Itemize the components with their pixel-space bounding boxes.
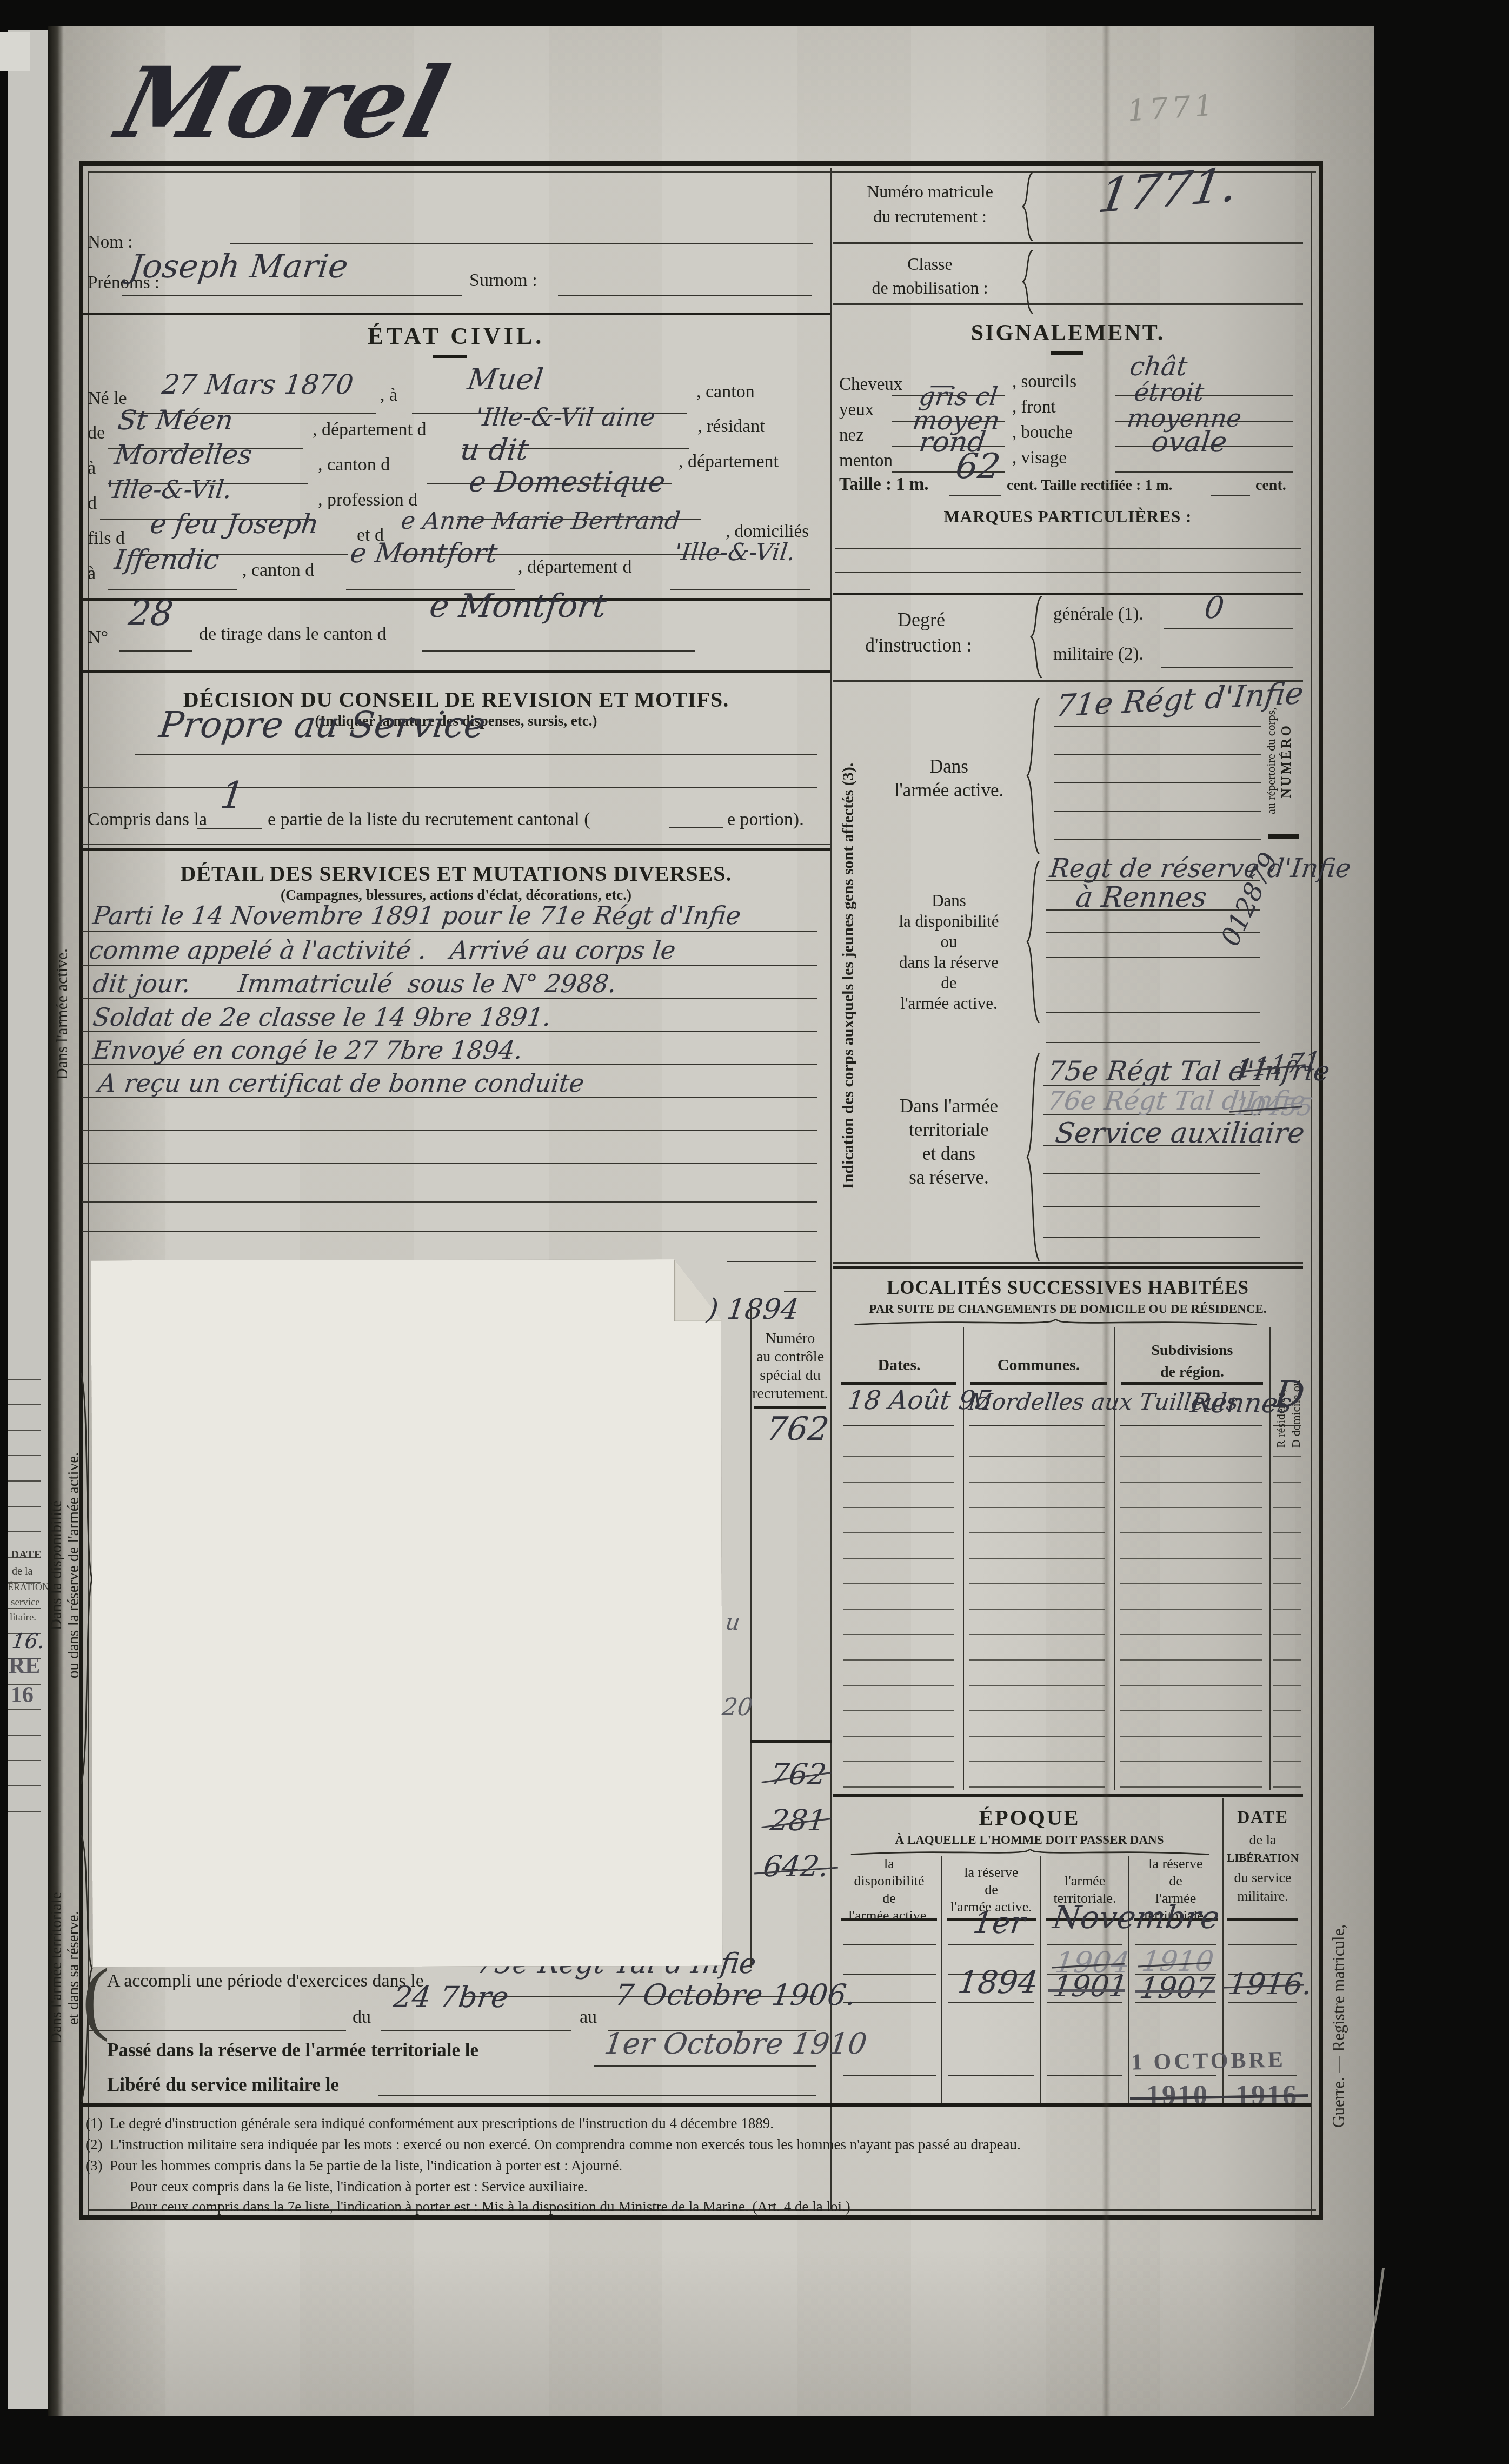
epoque-col3-header: l'armée — [1041, 1873, 1128, 1889]
controle-header: recrutement. — [752, 1385, 829, 1403]
epoque-date-header: de la — [1224, 1832, 1302, 1848]
mother-value: e Anne Marie Bertrand — [400, 507, 682, 535]
front-label: , front — [1012, 397, 1056, 417]
rule — [1046, 1012, 1260, 1013]
canton-value: St Méen — [116, 404, 235, 436]
territoriale-label: Dans l'armée — [876, 1095, 1022, 1117]
nom-label: Nom : — [88, 233, 132, 253]
degre-label-2: d'instruction : — [865, 634, 972, 656]
father-value: e feu Joseph — [148, 508, 320, 540]
guerre-registre-label: Guerre. — Registre matricule, — [1329, 1917, 1348, 2128]
dispo-label: Dans — [876, 891, 1022, 911]
decision-value: Propre au Service — [157, 704, 488, 746]
passe-reserve-label: Passé dans la réserve de l'armée territo… — [107, 2040, 478, 2061]
scanned-register-page: DATE de la ÉRATION service litaire. 16. … — [0, 0, 1509, 2464]
corps-brace — [1026, 1053, 1040, 1261]
rule — [1164, 628, 1293, 629]
visage-value: ovale — [1149, 426, 1228, 459]
parents-departement-value: 'Ille-&-Vil. — [673, 539, 797, 566]
cheveux-label: Cheveux — [839, 375, 902, 395]
departement-label: , département d — [313, 420, 427, 440]
rule — [1135, 2075, 1216, 2076]
column-divider — [830, 168, 832, 2211]
dispo-label: la disponibilité — [876, 912, 1022, 931]
controle-header: spécial du — [752, 1367, 829, 1384]
tirage-canton-value: e Montfort — [428, 587, 609, 625]
localites-title: LOCALITÉS SUCCESSIVES HABITÉES — [833, 1277, 1303, 1299]
service-line: Parti le 14 Novembre 1891 pour le 71e Ré… — [91, 901, 743, 930]
canton-label: , canton — [696, 382, 755, 402]
rule — [82, 1130, 817, 1131]
rule — [948, 1944, 1034, 1945]
epoque-date-header: DATE — [1224, 1807, 1302, 1827]
vertical-crease — [1102, 26, 1111, 2416]
strike-line — [1135, 1990, 1215, 1993]
rule — [1046, 957, 1260, 958]
parents-canton-value: e Montfort — [348, 537, 499, 569]
rule — [1228, 1944, 1297, 1945]
controle-header-rule — [754, 1406, 826, 1409]
localites-ornament — [846, 1318, 1265, 1326]
localites-row-lines — [843, 1432, 954, 1789]
compris-label-2: e partie de la liste du recrutement cant… — [268, 809, 590, 830]
parents-residence-value: Iffendic — [112, 544, 221, 575]
localites-dr-value: D — [1272, 1373, 1307, 1416]
rule — [1161, 667, 1293, 668]
rule — [594, 2065, 816, 2067]
canton-label: , canton d — [242, 560, 314, 581]
rule — [949, 495, 1001, 496]
margin-brace — [80, 1373, 93, 1784]
a-label: à — [88, 458, 96, 479]
canton-du-label: , canton d — [318, 455, 390, 475]
canton-du-value: u dit — [458, 433, 530, 467]
rule — [1046, 1042, 1260, 1043]
rule — [82, 965, 817, 966]
controle-header: au contrôle — [752, 1349, 829, 1366]
controle-section-rule — [750, 1740, 832, 1743]
epoque-struck-1907: 1907 — [1138, 1971, 1216, 2005]
bouche-label: , bouche — [1012, 423, 1073, 443]
rule — [948, 2075, 1034, 2076]
epoque-date-header: du service — [1224, 1870, 1302, 1886]
localites-col-communes: Communes. — [965, 1356, 1112, 1374]
au-value: 7 Octobre 1906. — [613, 1978, 857, 2012]
degre-label: Degré — [898, 608, 945, 631]
rule — [1228, 2075, 1297, 2076]
rule — [1211, 495, 1250, 496]
localites-col-dates: Dates. — [837, 1356, 961, 1374]
dispo-label: dans la réserve — [876, 953, 1022, 972]
rule — [381, 2030, 571, 2031]
margin-label-disponibilite: Dans la disponibilité — [48, 1376, 65, 1755]
taille-value: 62 — [953, 447, 1002, 487]
covered-year-fragment: ) 1894 — [705, 1293, 801, 1326]
rule — [378, 2095, 816, 2096]
epoque-1894-value: 1894 — [956, 1964, 1040, 2001]
epoque-struck-1901: 1901 — [1051, 1969, 1129, 2003]
departement-label: , département — [679, 451, 779, 472]
rule — [843, 1425, 954, 1426]
profession-value: e Domestique — [467, 466, 667, 499]
section-rule — [82, 313, 830, 315]
services-title: DÉTAIL DES SERVICES ET MUTATIONS DIVERSE… — [82, 861, 830, 886]
prev-fragment: de la — [12, 1565, 32, 1578]
epoque-title: ÉPOQUE — [837, 1805, 1222, 1830]
yeux-label: yeux — [839, 400, 874, 420]
prev-handwriting: 16. — [10, 1629, 46, 1653]
departement-label: , département d — [518, 557, 632, 577]
territoriale-label: territoriale — [876, 1119, 1022, 1141]
passe-reserve-value: 1er Octobre 1910 — [602, 2027, 869, 2061]
service-auxiliaire-value: Service auxiliaire — [1053, 1117, 1306, 1150]
rule — [835, 572, 1301, 573]
departement2-value: 'Ille-&-Vil. — [104, 475, 234, 504]
prev-fragment: DATE — [11, 1548, 42, 1562]
rule — [135, 754, 817, 755]
rule — [82, 1231, 817, 1232]
du-label: du — [353, 2007, 371, 2028]
de-label: de — [88, 423, 105, 443]
rule — [1047, 2075, 1122, 2076]
rule — [843, 1944, 936, 1945]
rule — [88, 2030, 346, 2031]
surnom-label: Surnom : — [469, 270, 537, 291]
margin-label-armee-active: Dans l'armée active. — [53, 912, 71, 1117]
epoque-col1-header: la — [837, 1856, 941, 1872]
compris-label: Compris dans la — [88, 809, 207, 830]
armee-active-label: Dans — [876, 756, 1022, 778]
rule — [558, 295, 812, 296]
rule — [122, 295, 462, 296]
rule — [1054, 754, 1261, 755]
rule — [669, 827, 723, 828]
rule — [82, 931, 817, 932]
degre-generale-label: générale (1). — [1053, 605, 1144, 625]
frame-bottom-thick — [79, 2215, 1323, 2220]
a-label: à — [88, 563, 96, 584]
struck-controle-number: 642. — [761, 1849, 830, 1883]
corps-brace — [1026, 861, 1040, 1023]
menton-label: menton — [839, 451, 893, 471]
strike-line — [1048, 1989, 1125, 1992]
service-line: Soldat de 2e classe le 14 9bre 1891. — [91, 1002, 553, 1032]
localites-header-rule — [970, 1382, 1107, 1385]
rule — [948, 2002, 1034, 2003]
service-line: A reçu un certificat de bonne conduite — [97, 1068, 586, 1098]
tirage-label: de tirage dans le canton d — [199, 624, 386, 645]
departement-value: 'Ille-&-Vil aine — [474, 402, 657, 431]
front-value: étroit — [1133, 377, 1206, 407]
footnote: (3) Pour les hommes compris dans la 5e p… — [85, 2157, 622, 2174]
du-value: 24 7bre — [391, 1980, 510, 2014]
epoque-col1-header: disponibilité — [837, 1873, 941, 1889]
rule — [119, 650, 192, 652]
localites-row-lines — [1120, 1432, 1262, 1789]
rule — [230, 243, 813, 244]
localites-row-lines — [1273, 1432, 1301, 1789]
controle-number: 762 — [765, 1410, 831, 1448]
signalement-title: SIGNALEMENT. — [833, 320, 1303, 346]
repertoire-tick — [1268, 834, 1299, 839]
dispo-label: ou — [876, 932, 1022, 952]
territoriale-label: sa réserve. — [876, 1167, 1022, 1188]
epoque-col1-header: de — [837, 1890, 941, 1907]
epoque-col2-header: de — [942, 1882, 1040, 1898]
epoque-novembre-value: Novembre — [1051, 1899, 1221, 1936]
localites-row-lines — [969, 1432, 1105, 1789]
libere-label: Libéré du service militaire le — [107, 2074, 339, 2096]
rule — [969, 1425, 1105, 1426]
epoque-top-rule — [833, 1794, 1303, 1797]
frame-right-thick — [1319, 161, 1323, 2220]
classe-label: Classe — [849, 254, 1011, 274]
title-ornament — [1051, 351, 1083, 355]
previous-page-edge: DATE de la ÉRATION service litaire. 16. … — [8, 30, 48, 2409]
prev-fragment: ÉRATION — [8, 1582, 48, 1593]
localites-header-rule — [841, 1382, 956, 1385]
accompli-label: A accompli une période d'exercices dans … — [107, 1971, 424, 1991]
d-label: d — [88, 493, 97, 514]
covered-stroke-fragment: 20 — [721, 1693, 754, 1721]
epoque-1er-value: 1er — [971, 1905, 1027, 1941]
rule — [1228, 2002, 1297, 2003]
rule — [1043, 1237, 1260, 1238]
rule — [197, 828, 262, 829]
epoque-col4-header: de — [1129, 1873, 1222, 1889]
rule — [1120, 1425, 1262, 1426]
footnote: (2) L'instruction militaire sera indiqué… — [85, 2136, 1021, 2153]
service-line: dit jour. Immatriculé sous le N° 2988. — [91, 969, 619, 998]
dispo-label: de — [876, 973, 1022, 993]
localites-col-subdivisions-2: de région. — [1116, 1364, 1268, 1381]
residence-value: Mordelles — [112, 439, 254, 470]
degre-brace — [1030, 596, 1043, 678]
rule — [82, 787, 817, 788]
rule — [833, 303, 1303, 305]
a-label: , à — [380, 385, 397, 406]
rule — [82, 844, 830, 845]
au-label: au — [580, 2007, 597, 2028]
localites-header-rule — [1121, 1382, 1263, 1385]
dispo-label: l'armée active. — [876, 994, 1022, 1013]
paper-scrap-top-left — [0, 32, 30, 71]
footnote: (1) Le degré d'instruction générale sera… — [85, 2115, 774, 2132]
territoriale-label: et dans — [876, 1143, 1022, 1165]
controle-header: Numéro — [752, 1330, 829, 1347]
numero-repertoire-label: NUMÉRO — [1279, 693, 1294, 828]
section-rule — [833, 1266, 1303, 1269]
taille-rectifiee-label: cent. Taille rectifiée : 1 m. — [1007, 477, 1173, 494]
rule — [727, 1261, 816, 1262]
rule — [82, 1163, 817, 1164]
rule — [1043, 1173, 1260, 1174]
matricule-label: Numéro matricule — [849, 182, 1011, 202]
rule — [1054, 726, 1261, 727]
section-rule — [82, 848, 830, 851]
classe-label-2: de mobilisation : — [849, 278, 1011, 298]
surname-handwritten: Morel — [108, 46, 459, 160]
service-line: Envoyé en congé le 27 7bre 1894. — [91, 1035, 524, 1065]
marques-label: MARQUES PARTICULIÈRES : — [833, 507, 1303, 527]
visage-label: , visage — [1012, 448, 1067, 468]
rule — [843, 2002, 936, 2003]
pencil-folio-number: 1771 — [1126, 88, 1218, 128]
epoque-header-rule — [1227, 1918, 1298, 1921]
footnote: Pour ceux compris dans la 7e liste, l'in… — [130, 2199, 850, 2215]
full-width-heavy-rule — [82, 2103, 1311, 2107]
rule — [833, 242, 1303, 244]
prev-stamp: RE — [9, 1653, 40, 1679]
taille-rectifiee-unit: cent. — [1255, 477, 1286, 494]
localites-col-subdivisions: Subdivisions — [1116, 1342, 1268, 1359]
rule — [1054, 782, 1261, 783]
residant-label: , résidant — [697, 416, 765, 437]
rule — [784, 1291, 816, 1292]
rule — [82, 1201, 817, 1203]
given-names-handwritten: Joseph Marie — [128, 248, 350, 285]
rule — [835, 548, 1301, 549]
armee-active-label-2: l'armée active. — [876, 780, 1022, 801]
prev-fragment: service — [11, 1597, 40, 1609]
matricule-brace — [1022, 172, 1034, 241]
rule — [1054, 811, 1261, 812]
epoque-col1-header: l'armée active. — [837, 1908, 941, 1924]
section-rule — [82, 670, 830, 673]
tirage-number-value: 28 — [126, 594, 175, 634]
matricule-label-2: du recrutement : — [849, 207, 1011, 227]
numero-tirage-label: N° — [88, 627, 108, 648]
title-ornament — [433, 355, 467, 358]
sourcils-label: , sourcils — [1012, 372, 1076, 392]
rule — [843, 1974, 936, 1975]
degre-militaire-label: militaire (2). — [1053, 645, 1144, 665]
section-rule — [833, 1262, 1303, 1264]
rule — [422, 650, 695, 652]
epoque-subtitle: À LAQUELLE L'HOMME DOIT PASSER DANS — [837, 1833, 1222, 1847]
service-line: comme appelé à l'activité . Arrivé au co… — [88, 935, 677, 965]
epoque-col2-header: la réserve — [942, 1864, 1040, 1881]
corps-side-label: Indication des corps auxquels les jeunes… — [839, 695, 857, 1257]
rule — [108, 589, 237, 590]
corps-brace — [1026, 698, 1040, 854]
numero-repertoire-label-2: au répertoire du corps, — [1264, 693, 1278, 828]
prev-fragment: litaire. — [10, 1612, 36, 1624]
rule — [843, 2075, 936, 2076]
reserve-regiment-value: Regt de réserve d'Infie — [1048, 853, 1353, 884]
nez-label: nez — [839, 426, 864, 446]
section-rule — [833, 593, 1303, 595]
prev-stamp: 16 — [11, 1682, 34, 1708]
stamp-1910: 1910 — [1146, 2080, 1209, 2111]
footnote: Pour ceux compris dans la 6e liste, l'in… — [130, 2179, 588, 2195]
taille-label: Taille : 1 m. — [839, 475, 929, 495]
epoque-ornament — [843, 1848, 1216, 1856]
stamp-1-octobre: 1 OCTOBRE — [1131, 2047, 1286, 2076]
epoque-date-header: LIBÉRATION — [1224, 1851, 1302, 1865]
epoque-col4-header: la réserve — [1129, 1856, 1222, 1872]
rule — [1054, 839, 1261, 840]
classe-brace — [1022, 250, 1034, 314]
rule — [1043, 1206, 1260, 1207]
localites-subtitle: PAR SUITE DE CHANGEMENTS DE DOMICILE OU … — [833, 1302, 1303, 1316]
pasted-blank-slip — [91, 1259, 723, 1967]
epoque-date-header: militaire. — [1224, 1888, 1302, 1904]
birth-place-value: Muel — [466, 362, 545, 396]
rule — [1115, 471, 1293, 473]
rule — [670, 589, 810, 590]
etat-civil-title: ÉTAT CIVIL. — [82, 322, 830, 350]
frame-right-thin — [1311, 171, 1312, 2216]
birth-date-value: 27 Mars 1870 — [160, 369, 355, 400]
rule — [82, 998, 817, 999]
reserve-location-value: à Rennes — [1074, 881, 1208, 914]
margin-label-territoriale: Dans l'armée territoriale — [48, 1838, 65, 2098]
compris-label-3: e portion). — [727, 809, 804, 830]
